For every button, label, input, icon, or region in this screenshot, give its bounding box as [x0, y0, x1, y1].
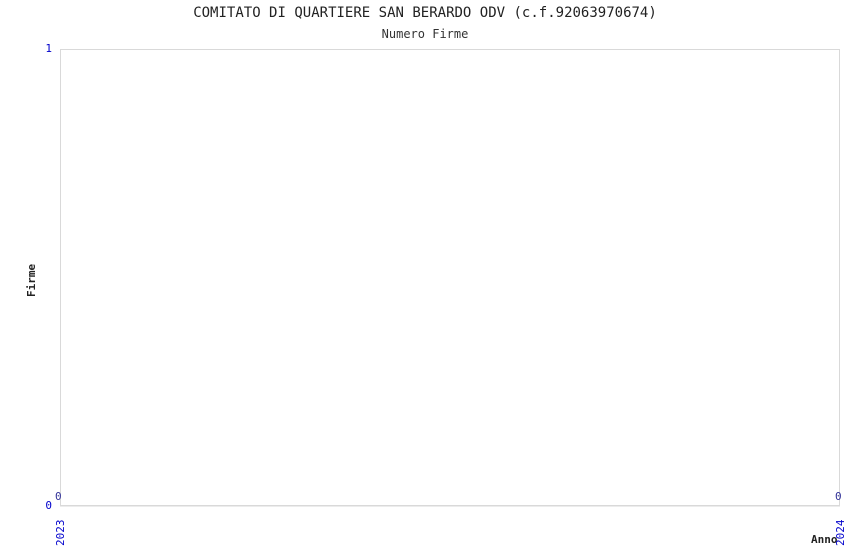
y-tick-label: 1 [32, 42, 52, 55]
x-tick-label: 2024 [834, 520, 847, 547]
x-tick-label: 2023 [54, 520, 67, 547]
chart-lines [0, 0, 850, 550]
y-tick-label: 0 [32, 499, 52, 512]
y-axis-label: Firme [25, 264, 38, 297]
data-point-label: 0 [55, 490, 62, 503]
data-point-label: 0 [835, 490, 842, 503]
